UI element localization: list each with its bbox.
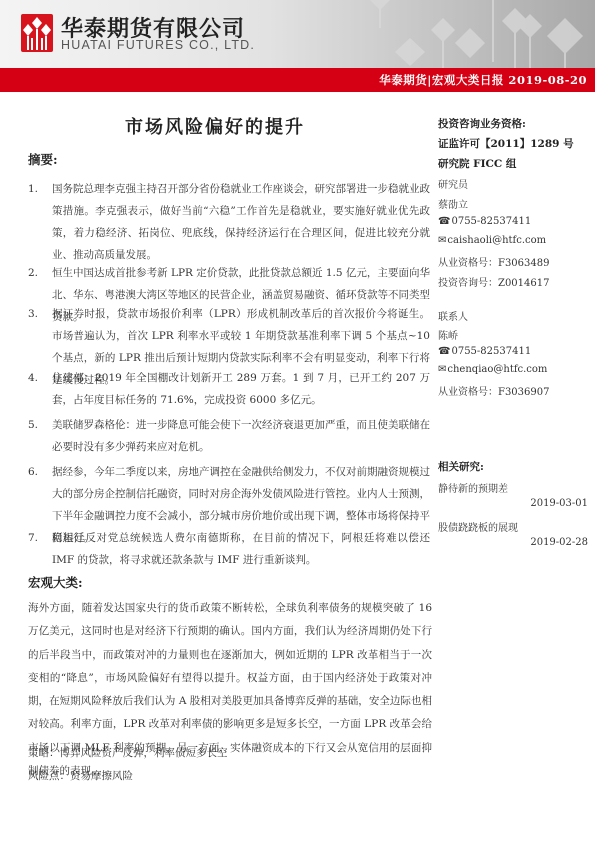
abstract-item: 4. 住建部：2019 年全国棚改计划新开工 289 万套。1 到 7 月，已开…	[28, 367, 430, 411]
item-number: 5.	[28, 414, 50, 436]
item-number: 2.	[28, 262, 50, 284]
analyst-name: 蔡劭立	[438, 196, 468, 211]
qualification-heading: 投资咨询业务资格:	[438, 116, 526, 131]
analyst-consult: 投资咨询号：Z0014617	[438, 274, 549, 289]
email-link[interactable]: caishaoli@htfc.com	[447, 235, 546, 246]
huatai-logo-icon	[21, 14, 53, 52]
phone-number: 0755-82537411	[451, 216, 531, 227]
related-research-link[interactable]: 股债跷跷板的展现	[438, 519, 518, 534]
company-name-en: HUATAI FUTURES CO., LTD.	[61, 38, 255, 52]
item-text: 阿根廷反对党总统候选人费尔南德斯称，在目前的情况下，阿根廷将难以偿还 IMF 的…	[52, 527, 430, 571]
contact-role: 联系人	[438, 308, 468, 323]
contact-phone: ☎0755-82537411	[438, 346, 531, 357]
phone-icon: ☎	[438, 346, 450, 357]
item-number: 1.	[28, 178, 50, 200]
phone-number: 0755-82537411	[451, 346, 531, 357]
abstract-item: 7. 阿根廷反对党总统候选人费尔南德斯称，在目前的情况下，阿根廷将难以偿还 IM…	[28, 527, 430, 571]
contact-cert: 从业资格号：F3036907	[438, 383, 549, 398]
report-header: 华泰期货有限公司 HUATAI FUTURES CO., LTD.	[0, 0, 595, 68]
contact-email: ✉chenqiao@htfc.com	[438, 364, 547, 375]
analyst-cert: 从业资格号：F3063489	[438, 254, 549, 269]
analyst-email: ✉caishaoli@htfc.com	[438, 235, 546, 246]
risk-line: 风险点：贸易摩擦风险	[28, 768, 133, 783]
contact-name: 陈峤	[438, 327, 458, 342]
abstract-item: 1. 国务院总理李克强主持召开部分省份稳就业工作座谈会，研究部署进一步稳就业政策…	[28, 178, 430, 266]
item-number: 6.	[28, 461, 50, 483]
page-title: 市场风险偏好的提升	[0, 113, 430, 139]
related-research-link[interactable]: 静待新的预期差	[438, 480, 508, 495]
item-text: 住建部：2019 年全国棚改计划新开工 289 万套。1 到 7 月，已开工约 …	[52, 367, 430, 411]
license-number: 证监许可【2011】1289 号	[438, 136, 574, 151]
header-decoration-icon	[300, 0, 595, 68]
related-research-date: 2019-02-28	[530, 537, 588, 548]
email-icon: ✉	[438, 364, 446, 375]
email-icon: ✉	[438, 235, 446, 246]
item-text: 美联储罗森格伦：进一步降息可能会使下一次经济衰退更加严重，而且使美联储在必要时没…	[52, 414, 430, 458]
email-link[interactable]: chenqiao@htfc.com	[447, 364, 547, 375]
report-line: 华泰期货|宏观大类日报 2019-08-20	[379, 72, 587, 88]
item-number: 3.	[28, 303, 50, 325]
analyst-role: 研究员	[438, 176, 468, 191]
macro-heading: 宏观大类:	[28, 573, 83, 591]
abstract-heading: 摘要:	[28, 150, 58, 168]
related-research-date: 2019-03-01	[530, 498, 588, 509]
department: 研究院 FICC 组	[438, 156, 516, 171]
item-number: 4.	[28, 367, 50, 389]
analyst-phone: ☎0755-82537411	[438, 216, 531, 227]
abstract-item: 5. 美联储罗森格伦：进一步降息可能会使下一次经济衰退更加严重，而且使美联储在必…	[28, 414, 430, 458]
phone-icon: ☎	[438, 216, 450, 227]
item-text: 国务院总理李克强主持召开部分省份稳就业工作座谈会，研究部署进一步稳就业政策措施。…	[52, 178, 430, 266]
related-research-heading: 相关研究:	[438, 459, 484, 474]
item-number: 7.	[28, 527, 50, 549]
strategy-line: 策略：博弈风险资产反弹，利率债短多长空	[28, 745, 228, 760]
